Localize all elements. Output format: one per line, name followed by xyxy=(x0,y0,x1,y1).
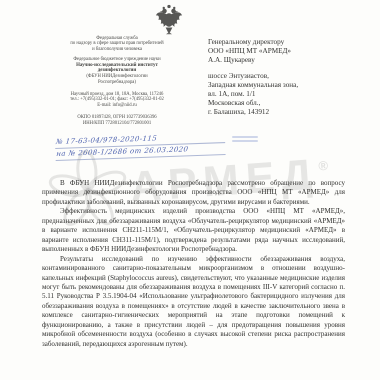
body-paragraph: Эффективность медицинских изделий произв… xyxy=(42,207,345,254)
recipient-title: Генеральному директору xyxy=(208,38,360,47)
body-paragraph: В ФБУН НИИДезинфектологии Роспотребнадзо… xyxy=(42,179,345,207)
recipient-address-line: шоссе Энтузиастов, xyxy=(208,72,360,81)
coat-of-arms-icon xyxy=(154,3,184,37)
letter-body: В ФБУН НИИДезинфектологии Роспотребнадзо… xyxy=(42,179,345,349)
recipient-address-line: Московская обл., xyxy=(208,99,360,108)
recipient-person: А.А. Щукареву xyxy=(208,56,360,65)
recipient-address-line: г. Балашиха, 143912 xyxy=(208,108,360,117)
agency-name-line: и благополучия человека xyxy=(34,47,200,52)
letter-page: АРМЕД® Федеральная служба по надзору в с… xyxy=(0,0,380,380)
org-abbr-line: Роспотребнадзора) xyxy=(34,80,200,85)
org-email-line: E-mail: info@niid.ru xyxy=(34,103,200,108)
recipient-address-line: Западная коммунальная зона, xyxy=(208,81,360,90)
recipient-company: ООО «НПЦ МТ «АРМЕД» xyxy=(208,47,360,56)
entry-stamp xyxy=(232,136,258,144)
reference-block: № 17-63-04/978-2020-115 на № 2608-1/2686… xyxy=(56,131,227,161)
body-paragraph: Результаты исследований по изучению эффе… xyxy=(42,255,345,350)
org-inn-kpp-line: ИНН/КПП 7728012104/772801001 xyxy=(34,121,200,126)
registered-mark: ® xyxy=(318,157,329,173)
letterhead-block: Федеральная служба по надзору в сфере за… xyxy=(34,36,200,126)
recipient-address-line: вл. 1А, пом. 1/1 xyxy=(208,90,360,99)
recipient-block: Генеральному директору ООО «НПЦ МТ «АРМЕ… xyxy=(208,38,360,118)
